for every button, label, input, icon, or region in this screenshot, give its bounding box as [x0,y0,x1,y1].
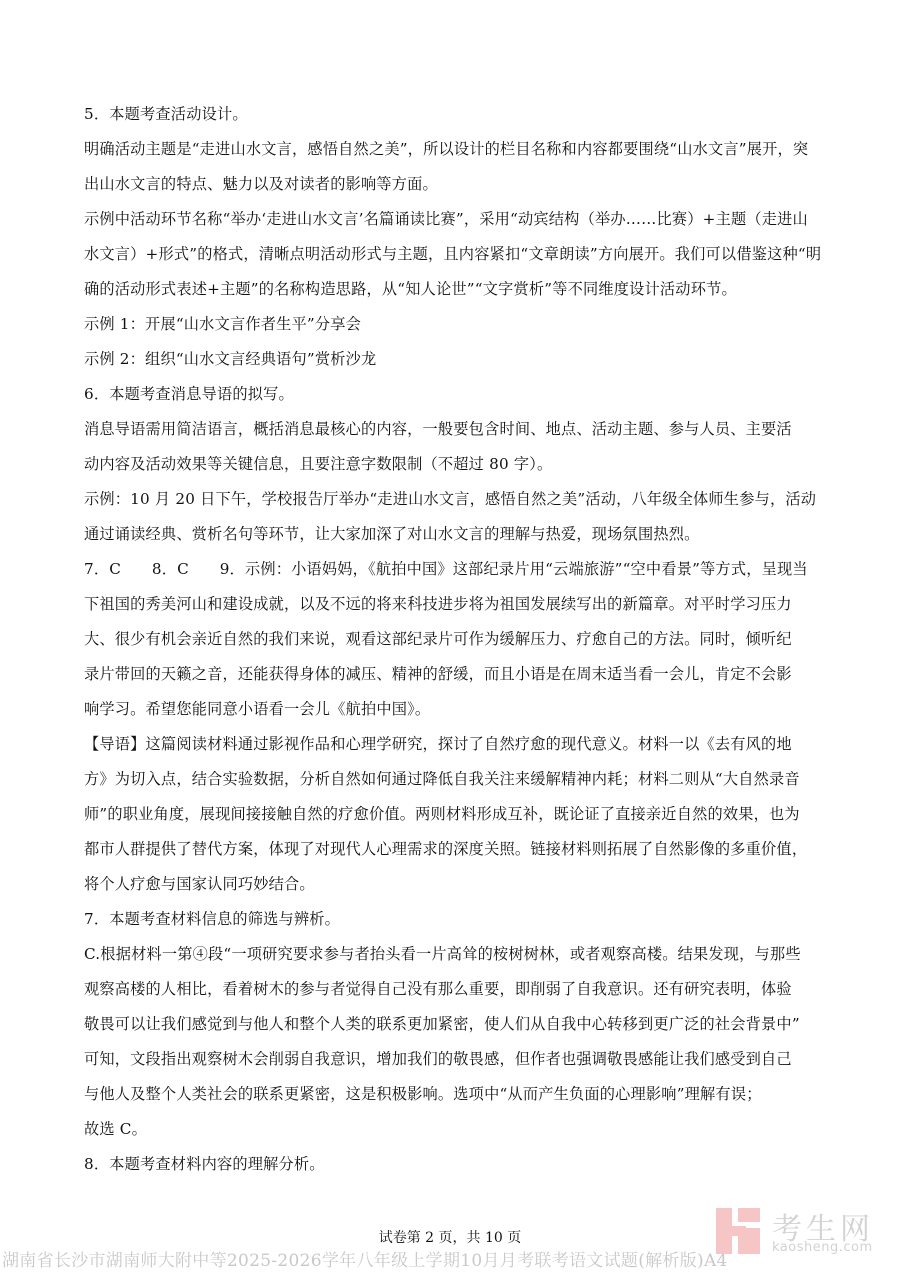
text-line: 示例 1：开展“山水文言作者生平”分享会 [84,314,361,334]
text-line: 方》为切入点，结合实验数据，分析自然如何通过降低自我关注来缓解精神内耗；材料二则… [84,769,800,789]
text-line: 确的活动形式表述+主题”的名称构造思路，从“知人论世”“文字赏析”等不同维度设计… [84,279,737,299]
text-line: 故选 C。 [84,1119,147,1139]
text-line: 示例：10 月 20 日下午，学校报告厅举办“走进山水文言，感悟自然之美”活动，… [84,489,816,509]
text-line: 可知，文段指出观察树木会削弱自我意识，增加我们的敬畏感，但作者也强调敬畏感能让我… [84,1049,792,1069]
text-line: 示例 2：组织“山水文言经典语句”赏析沙龙 [84,349,376,369]
text-line: 通过诵读经典、赏析名句等环节，让大家加深了对山水文言的理解与热爱，现场氛围热烈。 [84,524,700,544]
text-line: 6．本题考查消息导语的拟写。 [84,384,294,404]
text-line: 8．本题考查材料内容的理解分析。 [84,1154,325,1174]
text-line: 师”的职业角度，展现间接接触自然的疗愈价值。两则材料形成互补，既论证了直接亲近自… [84,804,800,824]
logo-name-en: kaosheng.com [772,1240,873,1255]
text-line: 7．C 8．C 9．示例：小语妈妈，《航拍中国》这部纪录片用“云端旅游”“空中看… [84,559,808,579]
kaosheng-logo: 考生网 kaosheng.com [716,1206,896,1256]
document-page: 5．本题考查活动设计。明确活动主题是“走进山水文言，感悟自然之美”，所以设计的栏… [0,0,900,1272]
text-line: 大、很少有机会亲近自然的我们来说，观看这部纪录片可作为缓解压力、疗愈自己的方法。… [84,629,792,649]
text-line: 下祖国的秀美河山和建设成就，以及不远的将来科技进步将为祖国发展续写出的新篇章。对… [84,594,792,614]
text-line: C.根据材料一第④段“一项研究要求参与者抬头看一片高耸的桉树树林，或者观察高楼。… [84,944,801,964]
text-line: 录片带回的天籁之音，还能获得身体的减压、精神的舒缓，而且小语是在周末适当看一会儿… [84,664,792,684]
text-line: 观察高楼的人相比，看着树木的参与者觉得自己没有那么重要，即削弱了自我意识。还有研… [84,979,792,999]
text-line: 都市人群提供了替代方案，体现了对现代人心理需求的深度关照。链接材料则拓展了自然影… [84,839,807,859]
text-line: 【导语】这篇阅读材料通过影视作品和心理学研究，探讨了自然疗愈的现代意义。材料一以… [84,734,792,754]
kaosheng-logo-icon [716,1208,760,1254]
text-line: 将个人疗愈与国家认同巧妙结合。 [84,874,315,894]
text-line: 与他人及整个人类社会的联系更紧密，这是积极影响。选项中“从而产生负面的心理影响”… [84,1084,762,1104]
text-line: 出山水文言的特点、魅力以及对读者的影响等方面。 [84,174,438,194]
text-line: 示例中活动环节名称“举办‘走进山水文言’名篇诵读比赛”，采用“动宾结构（举办……… [84,209,808,229]
text-line: 响学习。希望您能同意小语看一会儿《航拍中国》。 [84,699,430,719]
text-line: 敬畏可以让我们感觉到与他人和整个人类的联系更加紧密，使人们从自我中心转移到更广泛… [84,1014,800,1034]
text-line: 消息导语需用简洁语言，概括消息最核心的内容，一般要包含时间、地点、活动主题、参与… [84,419,792,439]
watermark-document-title: 湖南省长沙市湖南师大附中等2025-2026学年八年级上学期10月月考联考语文试… [2,1246,728,1271]
text-line: 动内容及活动效果等关键信息，且要注意字数限制（不超过 80 字）。 [84,454,552,474]
text-line: 7．本题考查材料信息的筛选与辨析。 [84,909,340,929]
text-line: 5．本题考查活动设计。 [84,104,248,124]
text-line: 明确活动主题是“走进山水文言，感悟自然之美”，所以设计的栏目名称和内容都要围绕“… [84,139,808,159]
text-line: 水文言）+形式”的格式，清晰点明活动形式与主题，且内容紧扣“文章朗读”方向展开。… [84,244,821,264]
